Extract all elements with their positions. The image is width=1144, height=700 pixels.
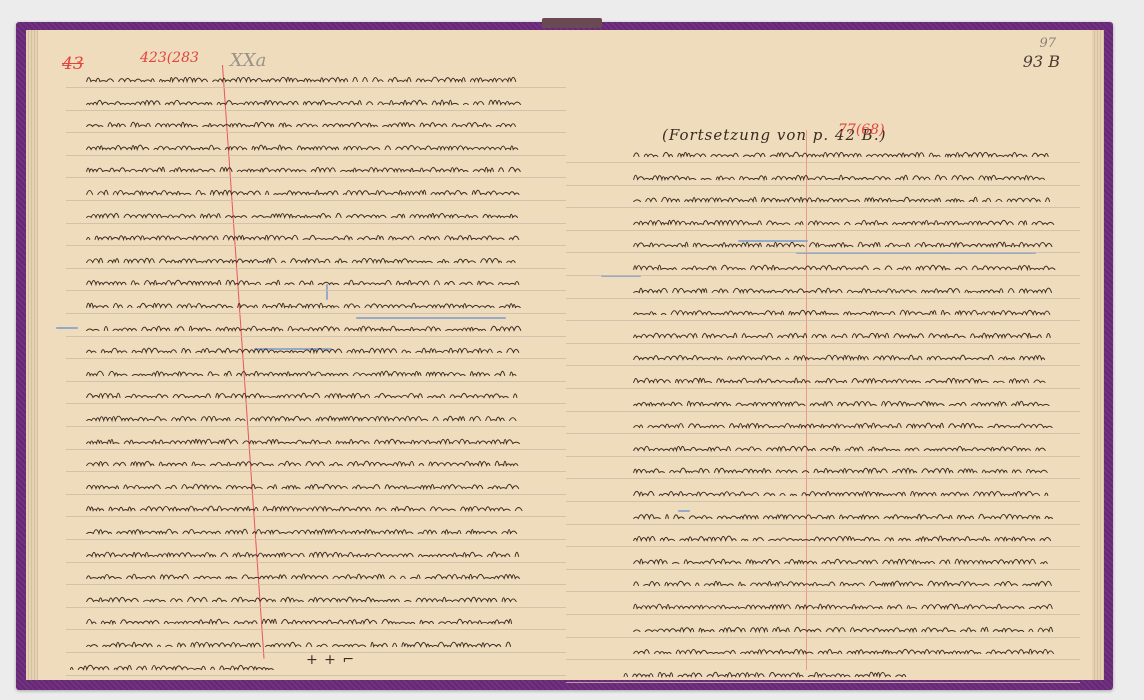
ruled-line [566, 659, 1080, 660]
ruled-line [566, 298, 1080, 299]
ruled-line [566, 252, 1080, 253]
handwritten-line [56, 297, 546, 309]
handwritten-line [604, 259, 1079, 271]
handwritten-line [604, 575, 1079, 587]
ruled-line [566, 456, 1080, 457]
ruled-line [566, 682, 1080, 683]
handwritten-line [56, 410, 546, 422]
handwritten-line [56, 433, 546, 445]
ruled-line [66, 223, 566, 224]
page-number-top: 97 [1039, 36, 1056, 51]
ruled-line [66, 607, 566, 608]
handwritten-line [604, 146, 1079, 158]
ruled-line [566, 185, 1080, 186]
handwritten-line [56, 636, 546, 648]
handwritten-line [604, 666, 924, 678]
ruled-line [66, 110, 566, 111]
handwritten-line [56, 229, 546, 241]
handwritten-line [604, 169, 1079, 181]
spine-tab [542, 18, 602, 28]
handwritten-line [56, 613, 546, 625]
red-folio-number: 423(283 [140, 50, 199, 66]
ruled-line [66, 471, 566, 472]
ruled-line [66, 494, 566, 495]
right-page: 97 93 B (Fortsetzung von p. 42 B.) 77(68… [566, 30, 1104, 680]
handwritten-line [604, 349, 1079, 361]
ruled-line [566, 569, 1080, 570]
handwritten-line [56, 365, 546, 377]
ruled-line [566, 388, 1080, 389]
ruled-line [566, 207, 1080, 208]
ruled-line [566, 411, 1080, 412]
handwritten-line [56, 94, 546, 106]
handwritten-line [56, 274, 546, 286]
handwritten-line [604, 372, 1079, 384]
ruled-line [566, 546, 1080, 547]
ruled-line [66, 629, 566, 630]
handwritten-line [56, 546, 546, 558]
handwritten-line [604, 191, 1079, 203]
ruled-line [66, 652, 566, 653]
handwritten-line [56, 320, 546, 332]
grey-mark: XXa [230, 50, 266, 71]
left-page: 43 423(283 XXa + + ⌐ 48 [26, 30, 567, 680]
handwritten-line [56, 455, 546, 467]
ruled-line [566, 591, 1080, 592]
handwritten-line [56, 591, 546, 603]
ruled-line [566, 478, 1080, 479]
ruled-line [66, 584, 566, 585]
ruled-line [566, 162, 1080, 163]
handwritten-line [604, 598, 1079, 610]
handwritten-line [56, 161, 546, 173]
red-folio-number: 77(68) [838, 122, 885, 138]
ruled-line [66, 358, 566, 359]
handwritten-line [604, 485, 1079, 497]
handwritten-line [604, 643, 1079, 655]
handwritten-line [56, 500, 546, 512]
handwritten-line [604, 214, 1079, 226]
handwritten-line [56, 523, 546, 535]
ruled-line [66, 336, 566, 337]
ruled-line [566, 343, 1080, 344]
handwritten-line [56, 71, 546, 83]
handwritten-line [604, 440, 1079, 452]
ruled-line [66, 516, 566, 517]
handwritten-line [604, 282, 1079, 294]
ruled-line [66, 449, 566, 450]
handwritten-line [604, 395, 1079, 407]
ruled-line [66, 403, 566, 404]
handwritten-line [604, 553, 1079, 565]
ruled-line [66, 562, 566, 563]
ruled-line [66, 132, 566, 133]
page-edges [26, 30, 38, 680]
ruled-line [566, 637, 1080, 638]
ruled-line [66, 87, 566, 88]
handwritten-line [604, 621, 1079, 633]
ruled-line [66, 268, 566, 269]
ruled-line [66, 675, 566, 676]
handwritten-line [604, 304, 1079, 316]
handwritten-line [604, 462, 1079, 474]
ruled-line [66, 245, 566, 246]
handwritten-line [56, 207, 546, 219]
end-mark: + + ⌐ [306, 652, 355, 668]
ruled-line [66, 200, 566, 201]
handwritten-line [56, 252, 546, 264]
ruled-line [66, 177, 566, 178]
ruled-line [566, 230, 1080, 231]
handwritten-line [56, 184, 546, 196]
handwritten-line [604, 530, 1079, 542]
handwritten-line [604, 236, 1079, 248]
ruled-line [66, 381, 566, 382]
ruled-line [66, 426, 566, 427]
handwritten-line [56, 568, 546, 580]
handwritten-line [56, 387, 546, 399]
ruled-line [66, 313, 566, 314]
page-number: 93 B [1023, 52, 1060, 71]
ruled-line [66, 290, 566, 291]
ruled-line [66, 539, 566, 540]
handwritten-line [604, 508, 1079, 520]
handwritten-line [56, 139, 546, 151]
handwritten-line [604, 417, 1079, 429]
page-edges [1092, 30, 1104, 680]
handwritten-line [56, 659, 286, 671]
ruled-line [566, 501, 1080, 502]
handwritten-line [56, 116, 546, 128]
ruled-line [66, 155, 566, 156]
ruled-line [566, 320, 1080, 321]
ruled-line [566, 433, 1080, 434]
handwritten-line [604, 327, 1079, 339]
ruled-line [566, 275, 1080, 276]
ruled-line [566, 614, 1080, 615]
ruled-line [566, 524, 1080, 525]
ruled-line [566, 365, 1080, 366]
handwritten-line [56, 342, 546, 354]
handwritten-line [56, 478, 546, 490]
